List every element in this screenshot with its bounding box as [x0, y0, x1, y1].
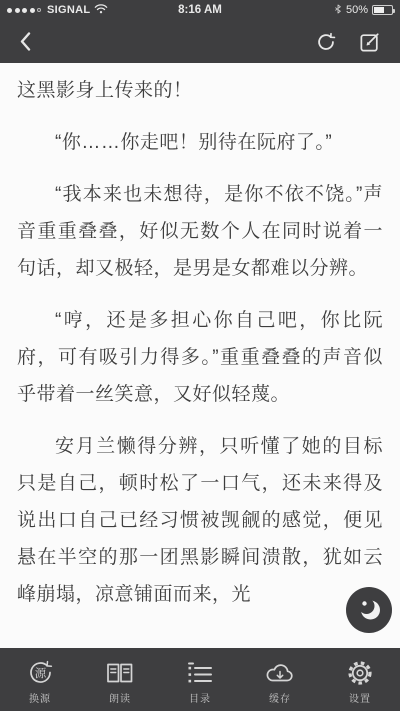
open-book-icon: [106, 659, 134, 687]
reader-content[interactable]: 这黑影身上传来的！ “你……你走吧！别待在阮府了。” “我本来也未想待，是你不依…: [0, 63, 400, 648]
list-icon: [187, 659, 213, 687]
moon-icon: [354, 594, 384, 627]
refresh-button[interactable]: [312, 28, 340, 56]
gear-icon: [347, 659, 373, 687]
source-icon-char: 源: [34, 667, 46, 680]
wifi-icon: [94, 3, 108, 17]
nav-bar: [0, 20, 400, 63]
toolbar-label: 设置: [349, 690, 371, 705]
compose-button[interactable]: [356, 28, 384, 56]
signal-strength-icon: [7, 8, 41, 13]
toolbar-item-contents[interactable]: 目录: [160, 648, 240, 711]
paragraph: “你……你走吧！别待在阮府了。”: [17, 124, 383, 161]
compose-icon: [360, 32, 380, 52]
toolbar-label: 换源: [29, 690, 51, 705]
app-window: SIGNAL 8:16 AM 50%: [0, 0, 400, 711]
bluetooth-icon: [334, 3, 342, 18]
bottom-toolbar: 源 换源 朗读: [0, 648, 400, 711]
toolbar-label: 缓存: [269, 690, 291, 705]
toolbar-label: 目录: [189, 690, 211, 705]
toolbar-item-change-source[interactable]: 源 换源: [0, 648, 80, 711]
toolbar-label: 朗读: [109, 690, 131, 705]
toolbar-item-cache[interactable]: 缓存: [240, 648, 320, 711]
battery-percent-label: 50%: [346, 4, 368, 16]
toolbar-item-settings[interactable]: 设置: [320, 648, 400, 711]
back-button[interactable]: [16, 28, 35, 55]
refresh-icon: [316, 32, 336, 52]
status-bar: SIGNAL 8:16 AM 50%: [0, 0, 400, 20]
cloud-download-icon: [265, 659, 295, 687]
paragraph: “哼，还是多担心你自己吧，你比阮府，可有吸引力得多。”重重叠叠的声音似乎带着一丝…: [17, 302, 383, 413]
toolbar-item-read-aloud[interactable]: 朗读: [80, 648, 160, 711]
paragraph: “我本来也未想待，是你不依不饶。”声音重重叠叠，好似无数个人在同时说着一句话，却…: [17, 176, 383, 287]
battery-icon: [372, 5, 393, 15]
night-mode-button[interactable]: [346, 587, 392, 633]
paragraph: 这黑影身上传来的！: [17, 72, 383, 109]
paragraph: 安月兰懒得分辨，只听懂了她的目标只是自己，顿时松了一口气，还未来得及说出口自己已…: [17, 428, 383, 613]
carrier-label: SIGNAL: [47, 4, 90, 16]
source-refresh-icon: 源: [27, 659, 54, 687]
back-icon: [20, 32, 31, 51]
